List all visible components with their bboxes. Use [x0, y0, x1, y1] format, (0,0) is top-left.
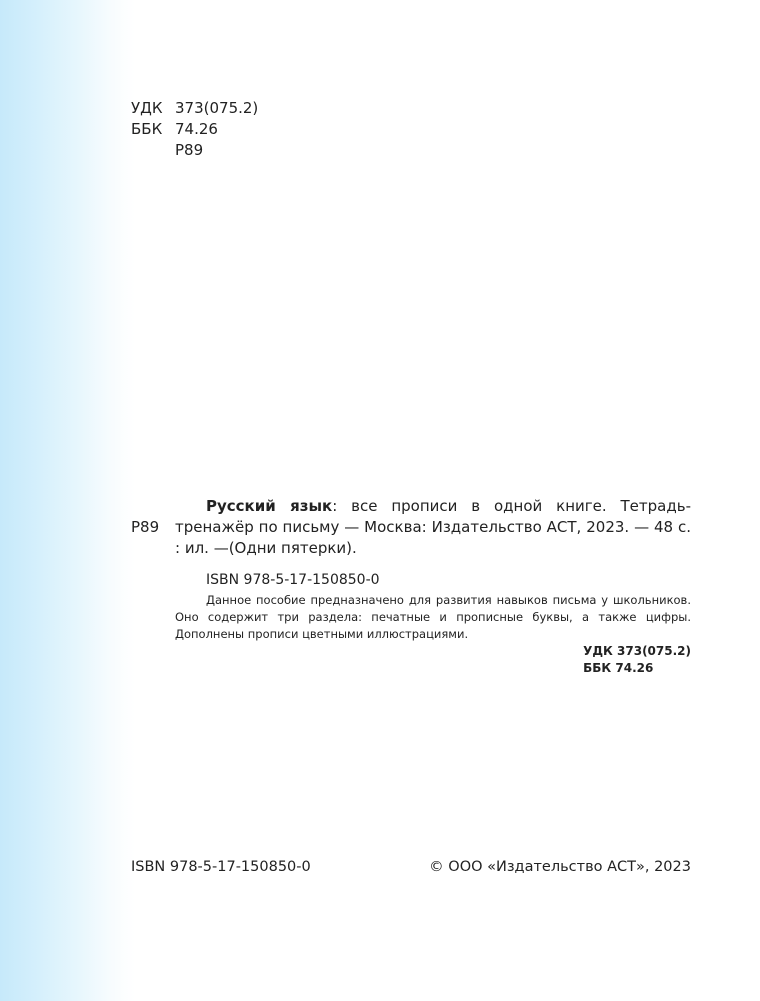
isbn-record: ISBN 978-5-17-150850-0: [206, 570, 380, 590]
author-mark-left: Р89: [131, 517, 159, 538]
classification-codes: УДК 373(075.2) ББК 74.26: [583, 643, 691, 677]
bbk-code: ББК 74.26: [583, 660, 691, 677]
footer-isbn: ISBN 978-5-17-150850-0: [131, 857, 311, 877]
footer-copyright: © ООО «Издательство АСТ», 2023: [429, 857, 691, 877]
book-title: Русский язык: [206, 497, 332, 515]
udk-row: УДК 373(075.2): [131, 98, 258, 119]
udk-value: 373(075.2): [175, 98, 258, 119]
author-mark-row: Р89: [131, 140, 258, 161]
bibliographic-description: Русский язык: все прописи в одной книге.…: [175, 496, 691, 559]
author-mark: Р89: [175, 140, 203, 161]
annotation-text: Данное пособие предназначено для развити…: [175, 592, 691, 643]
udk-label: УДК: [131, 98, 175, 119]
bbk-value: 74.26: [175, 119, 218, 140]
bbk-row: ББК 74.26: [131, 119, 258, 140]
header-codes: УДК 373(075.2) ББК 74.26 Р89: [131, 98, 258, 161]
footer: ISBN 978-5-17-150850-0 © ООО «Издательст…: [131, 857, 691, 877]
bbk-label: ББК: [131, 119, 175, 140]
udk-code: УДК 373(075.2): [583, 643, 691, 660]
